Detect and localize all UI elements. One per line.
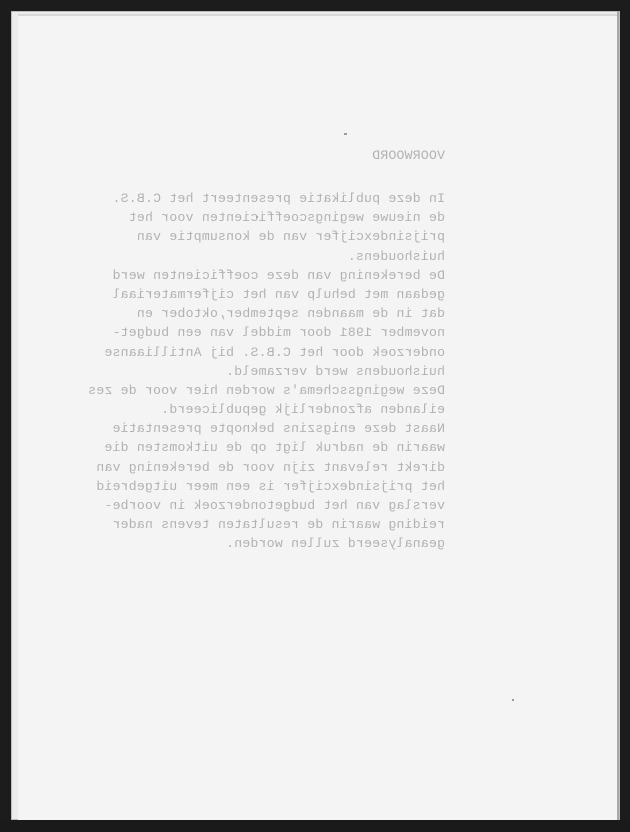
text-line: eilanden afzonderlijk gepubliceerd. <box>88 400 445 419</box>
text-line: Deze wegingsschema's worden hier voor de… <box>88 381 445 400</box>
text-line: De berekening van deze coefficienten wer… <box>88 266 445 285</box>
paper-speck <box>344 133 347 135</box>
text-line: prijsindexcijfer van de konsumptie van <box>88 227 445 246</box>
text-line: huishoudens. <box>88 247 445 266</box>
text-line: reiding waarin de resultaten tevens nade… <box>88 515 445 534</box>
text-line: verslag van het budgetonderzoek in voorb… <box>88 496 445 515</box>
page-title: VOORWOORD <box>372 148 445 163</box>
paper-speck <box>512 699 514 701</box>
text-line: waarin de nadruk ligt op de uitkomsten d… <box>88 438 445 457</box>
text-line: direkt relevant zijn voor de berekening … <box>88 458 445 477</box>
foreword-body: In deze publikatie presenteert het C.B.S… <box>88 189 445 554</box>
text-line: geanalyseerd zullen worden. <box>88 534 445 553</box>
text-line: huishoudens werd verzameld. <box>88 362 445 381</box>
text-line: In deze publikatie presenteert het C.B.S… <box>88 189 445 208</box>
text-line: gedaan met behulp van het cijfermateriaa… <box>88 285 445 304</box>
text-line: Naast deze enigszins beknopte presentati… <box>88 419 445 438</box>
scanner-border <box>0 820 630 832</box>
text-line: dat in de maanden september,oktober en <box>88 304 445 323</box>
text-line: onderzoek door het C.B.S. bij Antilliaan… <box>88 343 445 362</box>
page-edge-rule <box>617 11 619 821</box>
text-line: de nieuwe wegingscoefficienten voor het <box>88 208 445 227</box>
text-line: november 1981 door middel van een budget… <box>88 323 445 342</box>
text-line: het prijsindexcijfer is een meer uitgebr… <box>88 477 445 496</box>
